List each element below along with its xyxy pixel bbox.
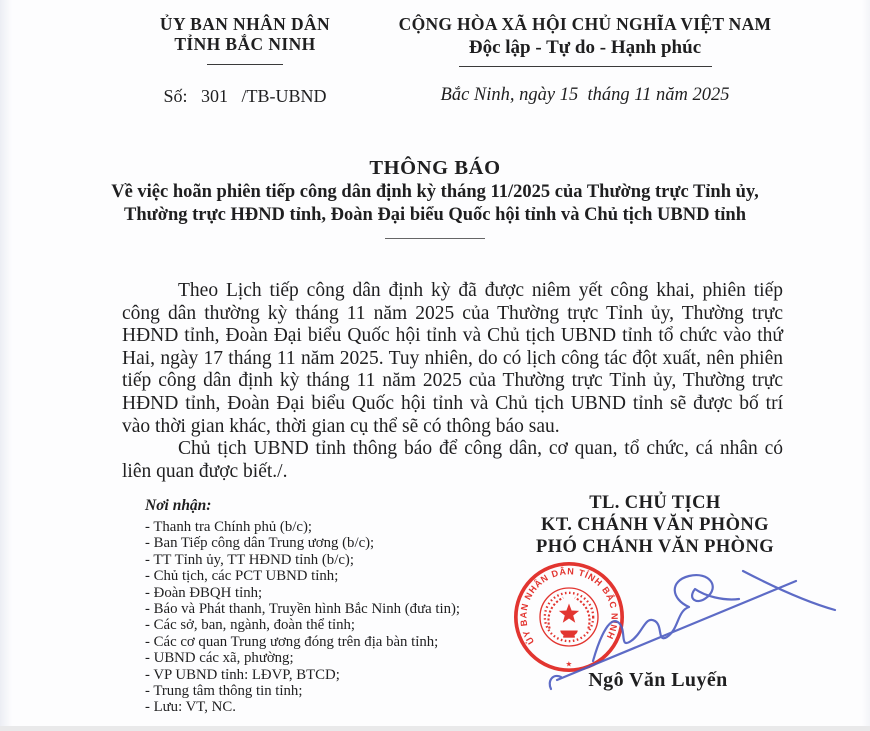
recipient-item: - Các cơ quan Trung ương đóng trên địa b… [145, 634, 510, 650]
signature-cross-stroke [743, 571, 835, 610]
document-body: Theo Lịch tiếp công dân định kỳ đã được … [122, 280, 783, 483]
recipient-item: - Trung tâm thông tin tỉnh; [145, 683, 510, 699]
org-name-line2: TỈNH BẮC NINH [115, 34, 375, 54]
national-name-line: CỘNG HÒA XÃ HỘI CHỦ NGHĨA VIỆT NAM [372, 14, 798, 35]
document-page: ỦY BAN NHÂN DÂN TỈNH BẮC NINH Số: 301 /T… [0, 0, 870, 731]
org-divider-rule [207, 64, 283, 65]
document-subtitle-line2: Thường trực HĐND tỉnh, Đoàn Đại biểu Quố… [55, 204, 815, 227]
org-name-line1: ỦY BAN NHÂN DÂN [115, 14, 375, 34]
scan-edge-bottom [0, 726, 870, 731]
issuing-org-block: ỦY BAN NHÂN DÂN TỈNH BẮC NINH Số: 301 /T… [115, 14, 375, 107]
body-paragraph-1: Theo Lịch tiếp công dân định kỳ đã được … [122, 280, 783, 438]
document-type-title: THÔNG BÁO [55, 155, 815, 181]
signature-scribble-stroke [593, 575, 739, 661]
recipient-item: - Thanh tra Chính phủ (b/c); [145, 519, 510, 535]
body-paragraph-2: Chủ tịch UBND tỉnh thông báo để công dân… [122, 438, 783, 483]
recipients-block: Nơi nhận: - Thanh tra Chính phủ (b/c); -… [145, 497, 510, 716]
recipient-item: - Các sở, ban, ngành, đoàn thể tỉnh; [145, 617, 510, 633]
recipient-item: - Báo và Phát thanh, Truyền hình Bắc Nin… [145, 601, 510, 617]
recipient-item: - Chủ tịch, các PCT UBND tỉnh; [145, 568, 510, 584]
signer-name: Ngô Văn Luyến [528, 669, 788, 692]
recipient-item: - TT Tỉnh ủy, TT HĐND tỉnh (b/c); [145, 552, 510, 568]
recipient-item: - Lưu: VT, NC. [145, 699, 510, 715]
recipient-item: - VP UBND tỉnh: LĐVP, BTCD; [145, 667, 510, 683]
national-motto-line: Độc lập - Tự do - Hạnh phúc [372, 37, 798, 59]
recipient-item: - Ban Tiếp công dân Trung ương (b/c); [145, 535, 510, 551]
national-motto-block: CỘNG HÒA XÃ HỘI CHỦ NGHĨA VIỆT NAM Độc l… [372, 14, 798, 106]
place-date-line: Bắc Ninh, ngày 15 tháng 11 năm 2025 [372, 85, 798, 106]
scan-edge-right [862, 0, 870, 731]
title-block: THÔNG BÁO Về việc hoãn phiên tiếp công d… [55, 155, 815, 239]
recipient-item: - Đoàn ĐBQH tỉnh; [145, 585, 510, 601]
scan-edge-left [0, 0, 12, 731]
authority-line-2: KT. CHÁNH VĂN PHÒNG [485, 514, 825, 536]
document-subtitle-line1: Về việc hoãn phiên tiếp công dân định kỳ… [55, 181, 815, 204]
authority-line-1: TL. CHỦ TỊCH [485, 492, 825, 514]
document-number: Số: 301 /TB-UBND [115, 86, 375, 107]
motto-divider-rule [459, 66, 712, 67]
title-divider-rule [385, 238, 485, 239]
recipients-label: Nơi nhận: [145, 497, 510, 515]
recipient-item: - UBND các xã, phường; [145, 650, 510, 666]
